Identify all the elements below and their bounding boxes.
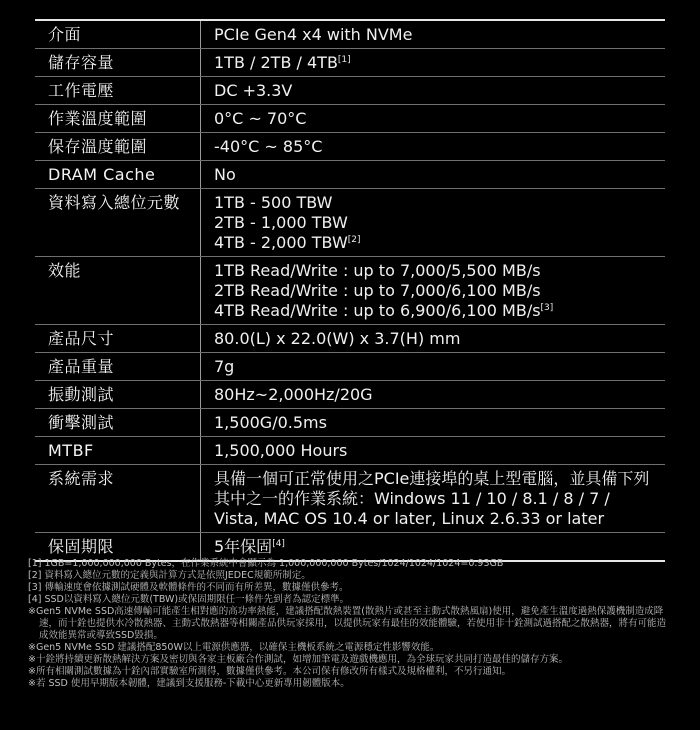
spec-value-line: 7g — [214, 357, 657, 377]
spec-value-line: 1TB Read/Write : up to 7,000/5,500 MB/s — [214, 261, 657, 281]
spec-row-vibration: 振動測試 80Hz~2,000Hz/20G — [35, 381, 665, 409]
footnote-gen5-psu: ※Gen5 NVMe SSD 建議搭配850W以上電源供應器，以確保主機板系統之… — [28, 642, 673, 654]
spec-row-tbw: 資料寫入總位元數 1TB - 500 TBW 2TB - 1,000 TBW 4… — [35, 189, 665, 257]
footnote-lab-data: ※所有相關測試數據為十銓內部實驗室所測得，數據僅供參考。本公司保有修改所有樣式及… — [28, 666, 673, 678]
spec-value-line: PCIe Gen4 x4 with NVMe — [214, 25, 657, 45]
footnote-4: [4] SSD以資料寫入總位元數(TBW)或保固期限任一條件先到者為認定標準。 — [28, 594, 673, 606]
spec-value: 1,500G/0.5ms — [200, 409, 665, 436]
footnote-ref: [1] — [338, 55, 351, 65]
spec-value-line: No — [214, 165, 657, 185]
spec-value-line: 4TB Read/Write : up to 6,900/6,100 MB/s[… — [214, 301, 657, 321]
footnote-ref: [4] — [272, 539, 285, 549]
spec-value: 1TB / 2TB / 4TB[1] — [200, 49, 665, 76]
spec-label: MTBF — [35, 437, 200, 464]
spec-row-capacity: 儲存容量 1TB / 2TB / 4TB[1] — [35, 49, 665, 77]
spec-value-line: 具備一個可正常使用之PCIe連接埠的桌上型電腦，並具備下列其中之一的作業系統：W… — [214, 469, 657, 529]
spec-label: 保存溫度範圍 — [35, 133, 200, 160]
spec-row-mtbf: MTBF 1,500,000 Hours — [35, 437, 665, 465]
spec-label: 保固期限 — [35, 533, 200, 560]
spec-value-line: DC +3.3V — [214, 81, 657, 101]
footnotes-section: [1] 1GB=1,000,000,000 Bytes，在作業系統中會顯示為 1… — [28, 558, 673, 690]
spec-value: 7g — [200, 353, 665, 380]
spec-value-line: 1TB / 2TB / 4TB[1] — [214, 53, 657, 73]
spec-label: 振動測試 — [35, 381, 200, 408]
spec-value: 0°C ~ 70°C — [200, 105, 665, 132]
spec-label: DRAM Cache — [35, 161, 200, 188]
spec-row-performance: 效能 1TB Read/Write : up to 7,000/5,500 MB… — [35, 257, 665, 325]
footnote-ref: [2] — [348, 235, 361, 245]
spec-table: 介面 PCIe Gen4 x4 with NVMe 儲存容量 1TB / 2TB… — [35, 19, 665, 562]
spec-value-line: 2TB - 1,000 TBW — [214, 213, 657, 233]
spec-value: PCIe Gen4 x4 with NVMe — [200, 21, 665, 48]
spec-value: 80.0(L) x 22.0(W) x 3.7(H) mm — [200, 325, 665, 352]
spec-value-line: 1TB - 500 TBW — [214, 193, 657, 213]
spec-row-voltage: 工作電壓 DC +3.3V — [35, 77, 665, 105]
spec-row-storage-temp: 保存溫度範圍 -40°C ~ 85°C — [35, 133, 665, 161]
spec-value-line: 1,500G/0.5ms — [214, 413, 657, 433]
spec-value-line: -40°C ~ 85°C — [214, 137, 657, 157]
spec-row-weight: 產品重量 7g — [35, 353, 665, 381]
spec-label: 工作電壓 — [35, 77, 200, 104]
spec-value: DC +3.3V — [200, 77, 665, 104]
spec-row-dram-cache: DRAM Cache No — [35, 161, 665, 189]
footnote-thermal-solutions: ※十銓將持續更新散熱解決方案及密切與各家主板廠合作測試，如增加筆電及遊戲機應用，… — [28, 654, 673, 666]
spec-value-line: 2TB Read/Write : up to 7,000/6,100 MB/s — [214, 281, 657, 301]
spec-label: 資料寫入總位元數 — [35, 189, 200, 256]
spec-value: 1TB Read/Write : up to 7,000/5,500 MB/s … — [200, 257, 665, 324]
spec-row-dimensions: 產品尺寸 80.0(L) x 22.0(W) x 3.7(H) mm — [35, 325, 665, 353]
spec-row-interface: 介面 PCIe Gen4 x4 with NVMe — [35, 21, 665, 49]
spec-value-line: 80Hz~2,000Hz/20G — [214, 385, 657, 405]
spec-label: 衝擊測試 — [35, 409, 200, 436]
spec-label: 介面 — [35, 21, 200, 48]
spec-value: 具備一個可正常使用之PCIe連接埠的桌上型電腦，並具備下列其中之一的作業系統：W… — [200, 465, 665, 532]
footnote-ref: [3] — [541, 303, 554, 313]
spec-row-system-requirements: 系統需求 具備一個可正常使用之PCIe連接埠的桌上型電腦，並具備下列其中之一的作… — [35, 465, 665, 533]
spec-value-line: 4TB - 2,000 TBW[2] — [214, 233, 657, 253]
spec-value: 80Hz~2,000Hz/20G — [200, 381, 665, 408]
spec-value-line: 80.0(L) x 22.0(W) x 3.7(H) mm — [214, 329, 657, 349]
spec-value-line: 1,500,000 Hours — [214, 441, 657, 461]
spec-value-line: 0°C ~ 70°C — [214, 109, 657, 129]
spec-label: 產品尺寸 — [35, 325, 200, 352]
footnote-gen5-thermal: ※Gen5 NVMe SSD高速傳輸可能產生相對應的高功率熱能，建議搭配散熱裝置… — [28, 606, 673, 642]
spec-label: 效能 — [35, 257, 200, 324]
spec-row-shock: 衝擊測試 1,500G/0.5ms — [35, 409, 665, 437]
footnote-2: [2] 資料寫入總位元數的定義與計算方式是依照JEDEC規範所制定。 — [28, 570, 673, 582]
footnote-1: [1] 1GB=1,000,000,000 Bytes，在作業系統中會顯示為 1… — [28, 558, 673, 570]
spec-value: -40°C ~ 85°C — [200, 133, 665, 160]
spec-value: 5年保固[4] — [200, 533, 665, 560]
spec-label: 產品重量 — [35, 353, 200, 380]
spec-sheet-page: 介面 PCIe Gen4 x4 with NVMe 儲存容量 1TB / 2TB… — [0, 0, 700, 730]
spec-label: 系統需求 — [35, 465, 200, 532]
spec-row-warranty: 保固期限 5年保固[4] — [35, 533, 665, 560]
spec-label: 儲存容量 — [35, 49, 200, 76]
spec-value: 1,500,000 Hours — [200, 437, 665, 464]
spec-value: 1TB - 500 TBW 2TB - 1,000 TBW 4TB - 2,00… — [200, 189, 665, 256]
footnote-3: [3] 傳輸速度會依據測試硬體及軟體條件的不同而有所差異，數據僅供參考。 — [28, 582, 673, 594]
spec-value: No — [200, 161, 665, 188]
spec-label: 作業溫度範圍 — [35, 105, 200, 132]
spec-row-operating-temp: 作業溫度範圍 0°C ~ 70°C — [35, 105, 665, 133]
spec-value-line: 5年保固[4] — [214, 537, 657, 557]
footnote-firmware: ※若 SSD 使用早期版本韌體，建議到支援服務-下載中心更新專用韌體版本。 — [28, 678, 673, 690]
